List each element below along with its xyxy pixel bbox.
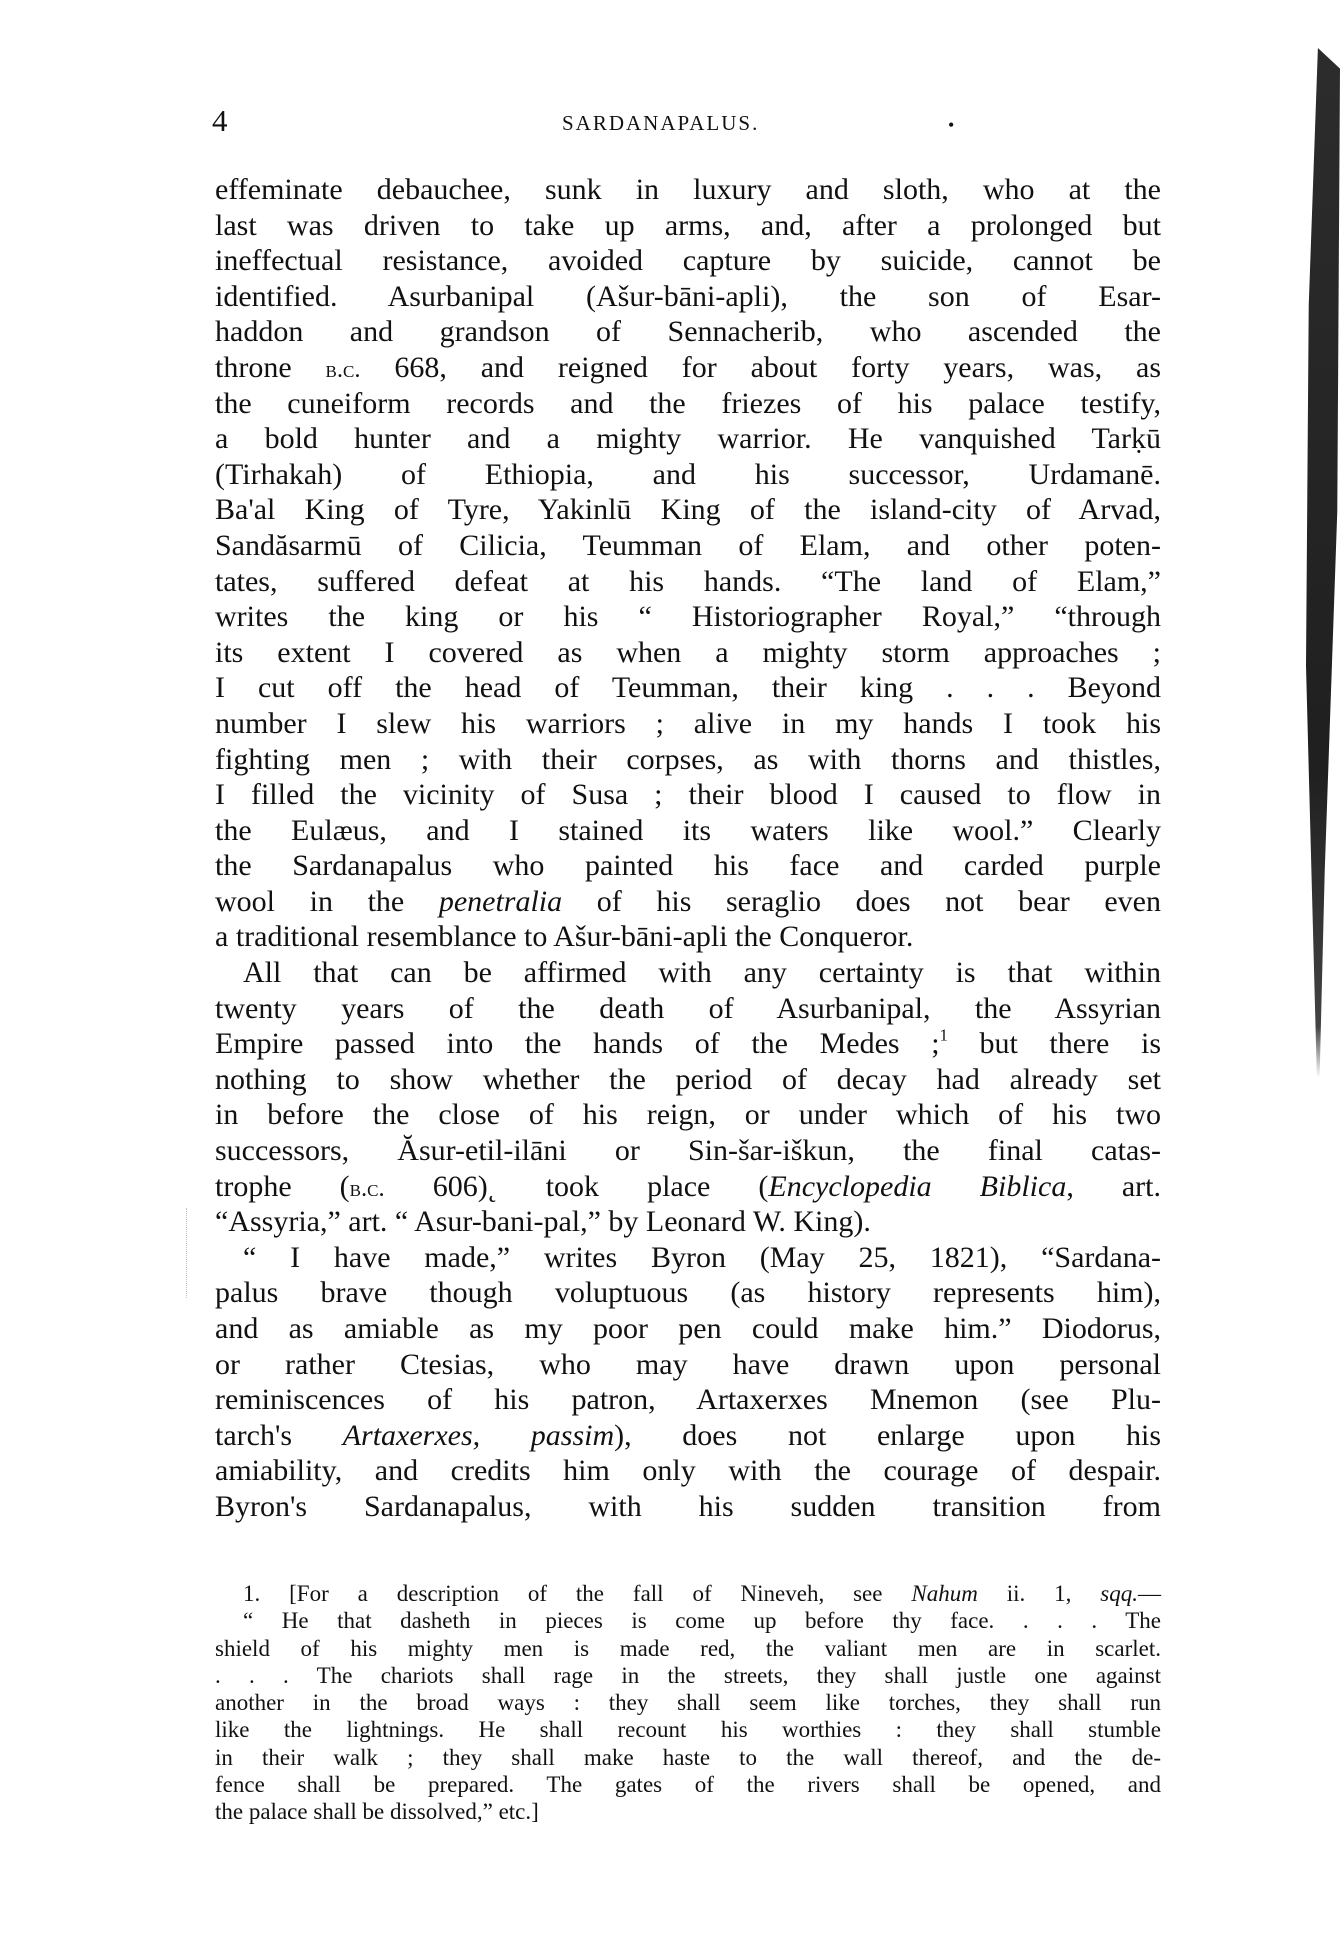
foot-line: fence shall be prepared. The gates of th… [215,1771,1161,1798]
body-line: last was driven to take up arms, and, af… [215,208,1161,244]
body-line: haddon and grandson of Sennacherib, who … [215,314,1161,350]
body-line: amiability, and credits him only with th… [215,1453,1161,1489]
body-line: “Assyria,” art. “ Asur-bani-pal,” by Leo… [215,1204,1161,1240]
body-line: tarch's Artaxerxes, passim), does not en… [215,1418,1161,1454]
body-line: the Eulæus, and I stained its waters lik… [215,813,1161,849]
body-line: All that can be affirmed with any certai… [215,955,1161,991]
foot-line: like the lightnings. He shall recount hi… [215,1716,1161,1743]
body-line: (Tirhakah) of Ethiopia, and his successo… [215,457,1161,493]
footnotes: 1. [For a description of the fall of Nin… [215,1580,1161,1826]
body-line: effeminate debauchee, sunk in luxury and… [215,172,1161,208]
body-line: a traditional resemblance to Ašur-bāni-a… [215,919,1161,955]
stray-mark: • [948,110,954,140]
body-line: Byron's Sardanapalus, with his sudden tr… [215,1489,1161,1525]
body-line: throne b.c. 668, and reigned for about f… [215,350,1161,386]
foot-line: in their walk ; they shall make haste to… [215,1744,1161,1771]
body-line: the cuneiform records and the friezes of… [215,386,1161,422]
body-line: its extent I covered as when a mighty st… [215,635,1161,671]
body-line: I cut off the head of Teumman, their kin… [215,670,1161,706]
book-page: 4 SARDANAPALUS. • effeminate debauchee, … [0,0,1344,1946]
body-line: a bold hunter and a mighty warrior. He v… [215,421,1161,457]
body-line: palus brave though voluptuous (as histor… [215,1275,1161,1311]
running-head: 4 SARDANAPALUS. • [212,104,1162,138]
foot-line: . . . The chariots shall rage in the str… [215,1662,1161,1689]
body-line: reminiscences of his patron, Artaxerxes … [215,1382,1161,1418]
body-line: wool in the penetralia of his seraglio d… [215,884,1161,920]
foot-line: 1. [For a description of the fall of Nin… [215,1580,1161,1607]
body-line: Empire passed into the hands of the Mede… [215,1026,1161,1062]
margin-pencil-mark [186,1208,201,1298]
foot-line: the palace shall be dissolved,” etc.] [215,1798,1161,1825]
running-title: SARDANAPALUS. [562,108,759,138]
body-line: twenty years of the death of Asurbanipal… [215,991,1161,1027]
body-line: the Sardanapalus who painted his face an… [215,848,1161,884]
body-line: ineffectual resistance, avoided capture … [215,243,1161,279]
body-line: in before the close of his reign, or und… [215,1097,1161,1133]
body-line: and as amiable as my poor pen could make… [215,1311,1161,1347]
body-line: successors, Ăsur-etil-ilāni or Sin-šar-i… [215,1133,1161,1169]
foot-line: another in the broad ways : they shall s… [215,1689,1161,1716]
foot-line: shield of his mighty men is made red, th… [215,1635,1161,1662]
binding-shadow [1306,48,1340,1078]
body-line: “ I have made,” writes Byron (May 25, 18… [215,1240,1161,1276]
body-line: I filled the vicinity of Susa ; their bl… [215,777,1161,813]
page-number: 4 [212,104,228,138]
foot-line: “ He that dasheth in pieces is come up b… [215,1607,1161,1634]
body-line: Sandăsarmū of Cilicia, Teumman of Elam, … [215,528,1161,564]
body-line: tates, suffered defeat at his hands. “Th… [215,564,1161,600]
body-line: writes the king or his “ Historiographer… [215,599,1161,635]
body-line: fighting men ; with their corpses, as wi… [215,742,1161,778]
body-line: Ba'al King of Tyre, Yakinlū King of the … [215,492,1161,528]
body-text: effeminate debauchee, sunk in luxury and… [215,172,1161,1525]
body-line: trophe (b.c. 606)˛ took place (Encyclope… [215,1169,1161,1205]
body-line: nothing to show whether the period of de… [215,1062,1161,1098]
body-line: or rather Ctesias, who may have drawn up… [215,1347,1161,1383]
body-line: number I slew his warriors ; alive in my… [215,706,1161,742]
body-line: identified. Asurbanipal (Ašur-bāni-apli)… [215,279,1161,315]
